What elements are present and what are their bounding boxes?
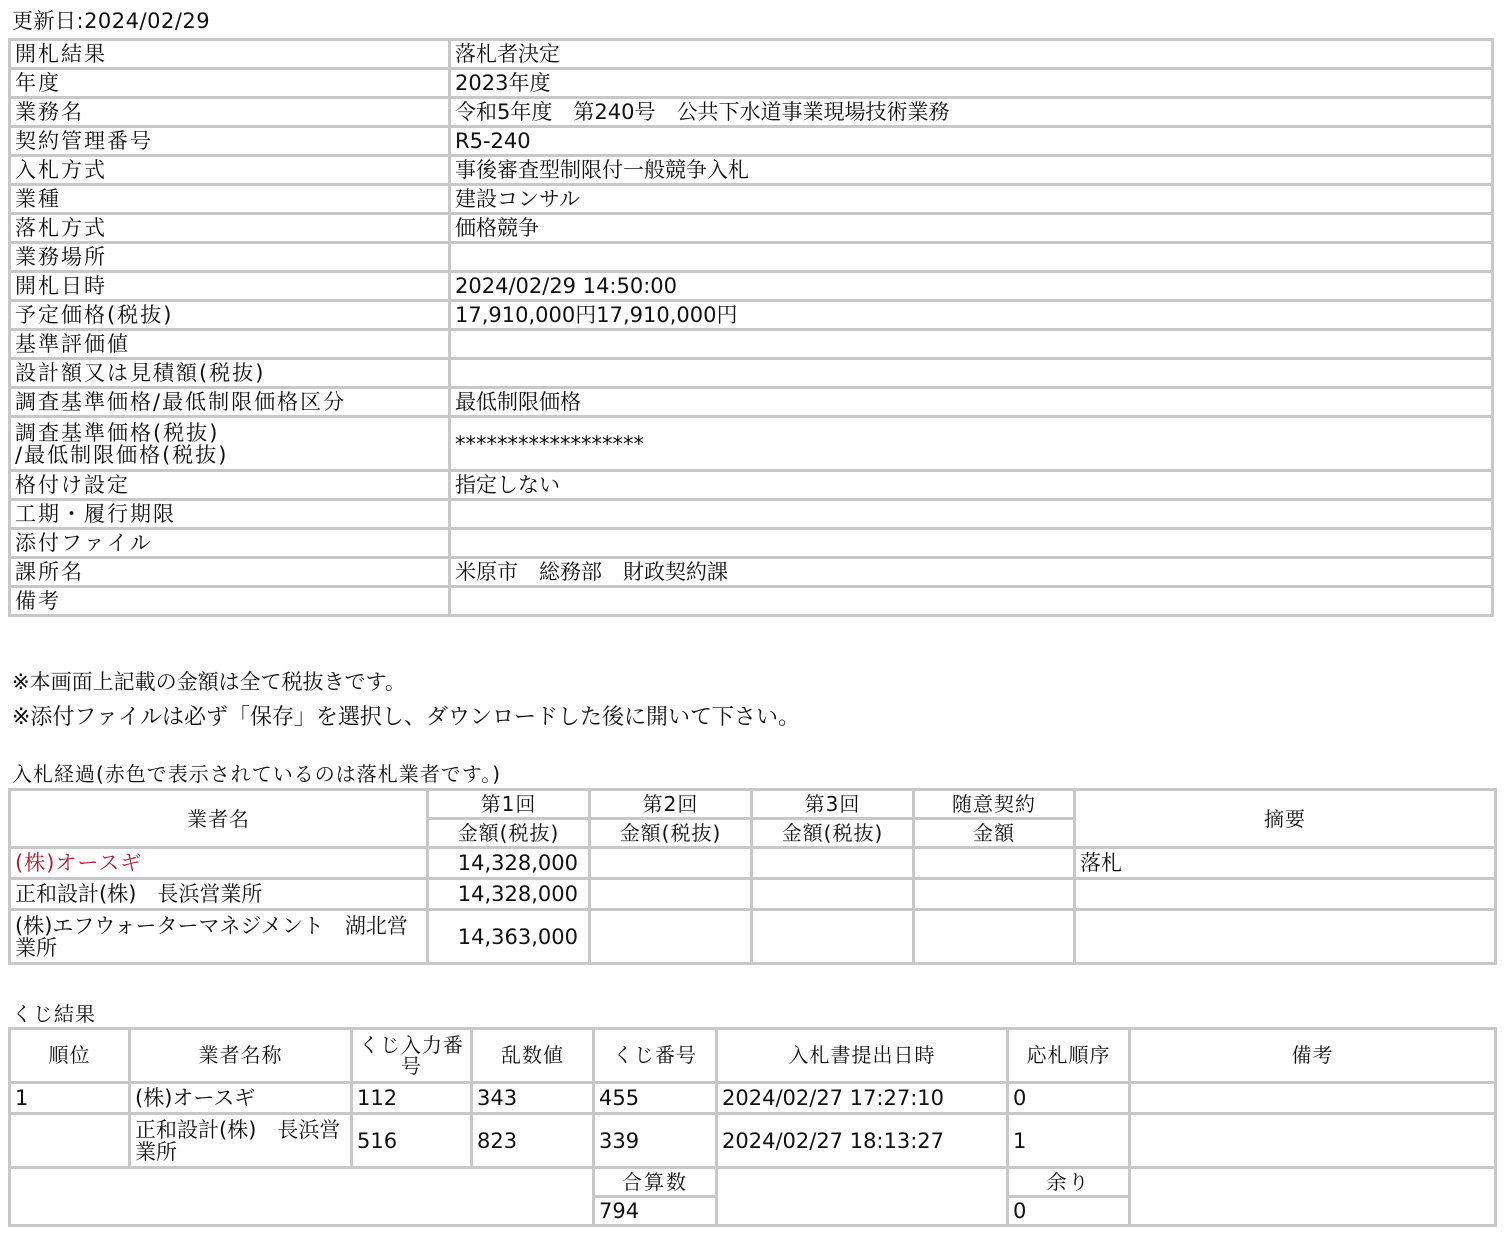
remarks	[1130, 1083, 1496, 1114]
info-label: 業務名	[10, 98, 450, 127]
input-number: 516	[352, 1114, 472, 1168]
round-2-amount	[590, 879, 752, 910]
info-label: 入札方式	[10, 156, 450, 185]
header-negotiated: 随意契約	[914, 790, 1075, 819]
bidder-name: (株)エフウォーターマネジメント 湖北営業所	[10, 910, 428, 964]
bid-row: 正和設計(株) 長浜営業所 14,328,000	[10, 879, 1496, 910]
info-label: 課所名	[10, 558, 450, 587]
info-row: 調査基準価格/最低制限価格区分最低制限価格	[10, 388, 1493, 417]
round-1-amount: 14,328,000	[428, 879, 590, 910]
info-row: 予定価格(税抜)17,910,000円17,910,000円	[10, 301, 1493, 330]
random-value: 823	[472, 1114, 594, 1168]
submitted-at: 2024/02/27 17:27:10	[717, 1083, 1008, 1114]
header-rank: 順位	[10, 1029, 130, 1083]
header-input-number: くじ入力番号	[352, 1029, 472, 1083]
remainder-label: 余り	[1008, 1168, 1130, 1197]
info-value	[450, 500, 1493, 529]
lottery-row: 1 (株)オースギ 112 343 455 2024/02/27 17:27:1…	[10, 1083, 1496, 1114]
bid-order: 0	[1008, 1083, 1130, 1114]
info-row: 年度2023年度	[10, 69, 1493, 98]
header-lot-number: くじ番号	[594, 1029, 717, 1083]
tender-info-table: 開札結果落札者決定年度2023年度業務名令和5年度 第240号 公共下水道事業現…	[8, 38, 1494, 617]
info-row: 格付け設定指定しない	[10, 471, 1493, 500]
company: (株)オースギ	[130, 1083, 352, 1114]
info-row: 工期・履行期限	[10, 500, 1493, 529]
lottery-row: 正和設計(株) 長浜営業所 516 823 339 2024/02/27 18:…	[10, 1114, 1496, 1168]
info-row: 業務名令和5年度 第240号 公共下水道事業現場技術業務	[10, 98, 1493, 127]
info-row: 落札方式価格競争	[10, 214, 1493, 243]
rank: 1	[10, 1083, 130, 1114]
header-remarks: 備考	[1130, 1029, 1496, 1083]
info-row: 開札日時2024/02/29 14:50:00	[10, 272, 1493, 301]
header-round-3: 第3回	[752, 790, 914, 819]
remainder-value: 0	[1008, 1197, 1130, 1226]
info-value: 最低制限価格	[450, 388, 1493, 417]
info-label-line: 調査基準価格(税抜)	[15, 422, 444, 444]
header-round-1: 第1回	[428, 790, 590, 819]
lottery-result-table: 順位 業者名称 くじ入力番号 乱数値 くじ番号 入札書提出日時 応札順序 備考 …	[8, 1027, 1497, 1227]
info-label: 契約管理番号	[10, 127, 450, 156]
info-label: 業種	[10, 185, 450, 214]
info-value: 価格競争	[450, 214, 1493, 243]
header-company-name: 業者名	[10, 790, 428, 848]
info-label: 開札日時	[10, 272, 450, 301]
header-round-1-amount: 金額(税抜)	[428, 819, 590, 848]
info-value: 令和5年度 第240号 公共下水道事業現場技術業務	[450, 98, 1493, 127]
info-value: 17,910,000円17,910,000円	[450, 301, 1493, 330]
bid-summary: 落札	[1075, 848, 1496, 879]
info-row: 業種建設コンサル	[10, 185, 1493, 214]
info-label: 工期・履行期限	[10, 500, 450, 529]
lottery-title: くじ結果	[12, 998, 96, 1027]
bid-summary	[1075, 910, 1496, 964]
info-label: 予定価格(税抜)	[10, 301, 450, 330]
info-value: 事後審査型制限付一般競争入札	[450, 156, 1493, 185]
info-value	[450, 587, 1493, 616]
info-label: 備考	[10, 587, 450, 616]
summary-blank-right	[1130, 1168, 1496, 1226]
negotiated-amount	[914, 879, 1075, 910]
info-value	[450, 529, 1493, 558]
info-value: 指定しない	[450, 471, 1493, 500]
info-label: 調査基準価格(税抜)/最低制限価格(税抜)	[10, 417, 450, 471]
info-label: 調査基準価格/最低制限価格区分	[10, 388, 450, 417]
submitted-at: 2024/02/27 18:13:27	[717, 1114, 1008, 1168]
round-3-amount	[752, 879, 914, 910]
header-summary: 摘要	[1075, 790, 1496, 848]
summary-blank-mid	[717, 1168, 1008, 1226]
info-label: 格付け設定	[10, 471, 450, 500]
remarks	[1130, 1114, 1496, 1168]
bidder-name: 正和設計(株) 長浜営業所	[10, 879, 428, 910]
header-company: 業者名称	[130, 1029, 352, 1083]
lot-number: 455	[594, 1083, 717, 1114]
info-row: 基準評価値	[10, 330, 1493, 359]
negotiated-amount	[914, 910, 1075, 964]
header-round-2-amount: 金額(税抜)	[590, 819, 752, 848]
info-value: R5-240	[450, 127, 1493, 156]
info-value	[450, 330, 1493, 359]
info-value	[450, 243, 1493, 272]
info-row: 業務場所	[10, 243, 1493, 272]
header-random-value: 乱数値	[472, 1029, 594, 1083]
info-label: 基準評価値	[10, 330, 450, 359]
info-row: 設計額又は見積額(税抜)	[10, 359, 1493, 388]
tax-note: ※本画面上記載の金額は全て税抜きです。	[12, 666, 406, 696]
info-row: 入札方式事後審査型制限付一般競争入札	[10, 156, 1493, 185]
round-3-amount	[752, 848, 914, 879]
bidder-name-winner: (株)オースギ	[10, 848, 428, 879]
random-value: 343	[472, 1083, 594, 1114]
bid-history-title: 入札経過(赤色で表示されているのは落札業者です。)	[12, 758, 501, 787]
sum-value: 794	[594, 1197, 717, 1226]
attachment-note: ※添付ファイルは必ず「保存」を選択し、ダウンロードした後に開いて下さい。	[12, 700, 800, 731]
info-label: 添付ファイル	[10, 529, 450, 558]
round-1-amount: 14,328,000	[428, 848, 590, 879]
bid-row: (株)オースギ 14,328,000 落札	[10, 848, 1496, 879]
info-value: 2023年度	[450, 69, 1493, 98]
header-round-3-amount: 金額(税抜)	[752, 819, 914, 848]
info-label: 業務場所	[10, 243, 450, 272]
company: 正和設計(株) 長浜営業所	[130, 1114, 352, 1168]
info-value: 落札者決定	[450, 40, 1493, 69]
info-value: 2024/02/29 14:50:00	[450, 272, 1493, 301]
round-1-amount: 14,363,000	[428, 910, 590, 964]
info-row: 添付ファイル	[10, 529, 1493, 558]
rank	[10, 1114, 130, 1168]
sum-label: 合算数	[594, 1168, 717, 1197]
header-negotiated-amount: 金額	[914, 819, 1075, 848]
bid-history-table: 業者名 第1回 第2回 第3回 随意契約 摘要 金額(税抜) 金額(税抜) 金額…	[8, 788, 1497, 965]
updated-date: 更新日:2024/02/29	[12, 5, 210, 35]
info-label: 落札方式	[10, 214, 450, 243]
bid-order: 1	[1008, 1114, 1130, 1168]
info-row: 課所名米原市 総務部 財政契約課	[10, 558, 1493, 587]
input-number: 112	[352, 1083, 472, 1114]
bid-summary	[1075, 879, 1496, 910]
bid-row: (株)エフウォーターマネジメント 湖北営業所 14,363,000	[10, 910, 1496, 964]
summary-blank	[10, 1168, 594, 1226]
info-value: 建設コンサル	[450, 185, 1493, 214]
info-value	[450, 359, 1493, 388]
info-value: ******************	[450, 417, 1493, 471]
negotiated-amount	[914, 848, 1075, 879]
lot-number: 339	[594, 1114, 717, 1168]
info-label-line: /最低制限価格(税抜)	[15, 444, 444, 466]
info-row: 調査基準価格(税抜)/最低制限価格(税抜)******************	[10, 417, 1493, 471]
header-round-2: 第2回	[590, 790, 752, 819]
info-label: 年度	[10, 69, 450, 98]
info-value: 米原市 総務部 財政契約課	[450, 558, 1493, 587]
info-row: 開札結果落札者決定	[10, 40, 1493, 69]
header-bid-order: 応札順序	[1008, 1029, 1130, 1083]
info-row: 契約管理番号R5-240	[10, 127, 1493, 156]
round-3-amount	[752, 910, 914, 964]
round-2-amount	[590, 848, 752, 879]
info-label: 設計額又は見積額(税抜)	[10, 359, 450, 388]
info-label: 開札結果	[10, 40, 450, 69]
info-row: 備考	[10, 587, 1493, 616]
header-submitted-at: 入札書提出日時	[717, 1029, 1008, 1083]
round-2-amount	[590, 910, 752, 964]
